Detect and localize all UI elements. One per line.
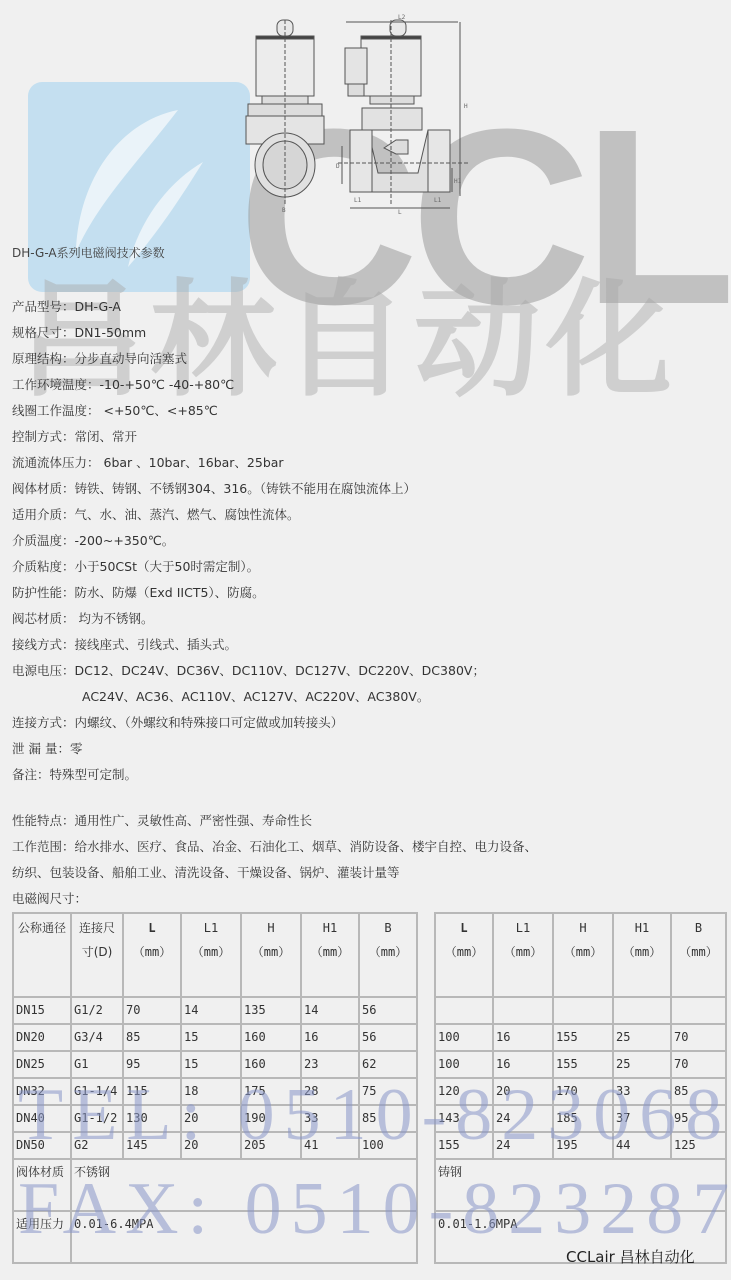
cell: 20 [181, 1132, 241, 1159]
spec-ambient-temp: 工作环境温度：-10-+50℃ -40-+80℃ [12, 372, 485, 398]
dimensions-table: 公称通径 连接尺寸(D) L（mm） L1（mm） H（mm） H1（mm） B… [12, 912, 727, 1264]
cell: 15 [181, 1051, 241, 1078]
svg-text:L1: L1 [434, 197, 442, 204]
cell: 25 [613, 1024, 671, 1051]
svg-text:H1: H1 [454, 178, 462, 185]
svg-text:L2: L2 [398, 14, 406, 21]
cell: 95 [671, 1105, 726, 1132]
spec-media: 适用介质：气、水、油、蒸汽、燃气、腐蚀性流体。 [12, 502, 485, 528]
header-L-cast: L（mm） [435, 913, 493, 997]
cell: 75 [359, 1078, 417, 1105]
cell [493, 997, 553, 1024]
spec-size: 规格尺寸：DN1-50mm [12, 320, 485, 346]
cell-dn: DN25 [13, 1051, 71, 1078]
spec-connection: 连接方式：内螺纹、（外螺纹和特殊接口可定做或加转接头） [12, 710, 485, 736]
svg-text:B: B [282, 207, 286, 214]
cell: 20 [181, 1105, 241, 1132]
cell: 135 [241, 997, 301, 1024]
cell: 95 [123, 1051, 181, 1078]
spec-body-material: 阀体材质：铸铁、铸钢、不锈钢304、316。（铸铁不能用在腐蚀流体上） [12, 476, 485, 502]
feature-applications: 工作范围：给水排水、医疗、食品、冶金、石油化工、烟草、消防设备、楼宇自控、电力设… [12, 834, 537, 860]
pressure-label: 适用压力 [13, 1211, 71, 1263]
spec-pressure: 流通流体压力： 6bar 、10bar、16bar、25bar [12, 450, 485, 476]
spec-protection: 防护性能：防水、防爆（Exd IICT5）、防腐。 [12, 580, 485, 606]
cell: 24 [493, 1132, 553, 1159]
cell: 120 [435, 1078, 493, 1105]
header-L1-cast: L1（mm） [493, 913, 553, 997]
cell: 62 [359, 1051, 417, 1078]
header-connection-size: 连接尺寸(D) [71, 913, 123, 997]
cell [553, 997, 613, 1024]
spec-model: 产品型号：DH-G-A [12, 294, 485, 320]
cell-dn: DN32 [13, 1078, 71, 1105]
cell: 16 [493, 1024, 553, 1051]
material-label: 阀体材质 [13, 1159, 71, 1211]
cell: 143 [435, 1105, 493, 1132]
brand-footer: CCLair 昌林自动化 [566, 1246, 695, 1267]
spec-core-material: 阀芯材质： 均为不锈钢。 [12, 606, 485, 632]
cell: 145 [123, 1132, 181, 1159]
table-gap [417, 913, 435, 997]
table-row: DN50G2 1452020541100 1552419544125 [13, 1132, 726, 1159]
cell: 56 [359, 997, 417, 1024]
features-list: 性能特点：通用性广、灵敏性高、严密性强、寿命性长 工作范围：给水排水、医疗、食品… [12, 808, 537, 912]
cell: 85 [123, 1024, 181, 1051]
table-row: DN25G1 95151602362 100161552570 [13, 1051, 726, 1078]
table-gap [417, 1051, 435, 1078]
cell: 160 [241, 1051, 301, 1078]
spec-leakage: 泄 漏 量：零 [12, 736, 485, 762]
svg-text:H: H [464, 103, 468, 110]
spec-media-temp: 介质温度：-200~+350℃。 [12, 528, 485, 554]
cell: 70 [671, 1051, 726, 1078]
dimensions-heading: 电磁阀尺寸： [12, 886, 537, 912]
table-gap [417, 1078, 435, 1105]
cell-conn: G1/2 [71, 997, 123, 1024]
cell: 125 [671, 1132, 726, 1159]
cell: 16 [301, 1024, 359, 1051]
header-H-cast: H（mm） [553, 913, 613, 997]
spec-viscosity: 介质粘度：小于50CSt（大于50时需定制）。 [12, 554, 485, 580]
cell: 25 [613, 1051, 671, 1078]
feature-characteristics: 性能特点：通用性广、灵敏性高、严密性强、寿命性长 [12, 808, 537, 834]
cell: 33 [613, 1078, 671, 1105]
cell [613, 997, 671, 1024]
cell: 130 [123, 1105, 181, 1132]
cell-conn: G1-1/2 [71, 1105, 123, 1132]
svg-text:D: D [336, 163, 340, 170]
cell: 190 [241, 1105, 301, 1132]
cell: 175 [241, 1078, 301, 1105]
cell-dn: DN20 [13, 1024, 71, 1051]
cell-conn: G3/4 [71, 1024, 123, 1051]
header-H1-cast: H1（mm） [613, 913, 671, 997]
cell: 23 [301, 1051, 359, 1078]
cell: 44 [613, 1132, 671, 1159]
cell: 155 [435, 1132, 493, 1159]
feature-applications-cont: 纺织、包装设备、船舶工业、清洗设备、干燥设备、锅炉、灌装计量等 [12, 860, 537, 886]
table-row: DN15G1/2 70141351456 [13, 997, 726, 1024]
cell: 70 [671, 1024, 726, 1051]
table-row: DN40G1-1/2 130201903385 143241853795 [13, 1105, 726, 1132]
spec-voltage-dc: 电源电压：DC12、DC24V、DC36V、DC110V、DC127V、DC22… [12, 658, 485, 684]
header-nominal-diameter: 公称通径 [13, 913, 71, 997]
page-title: DH-G-A系列电磁阀技术参数 [12, 244, 165, 261]
cell: 20 [493, 1078, 553, 1105]
cell: 18 [181, 1078, 241, 1105]
cell: 14 [301, 997, 359, 1024]
cell: 70 [123, 997, 181, 1024]
table-gap [417, 1024, 435, 1051]
table-gap [417, 1132, 435, 1159]
cell: 155 [553, 1024, 613, 1051]
cell: 100 [435, 1024, 493, 1051]
cell: 85 [671, 1078, 726, 1105]
spec-list: 产品型号：DH-G-A 规格尺寸：DN1-50mm 原理结构：分步直动导向活塞式… [12, 294, 485, 788]
svg-text:L1: L1 [354, 197, 362, 204]
table-gap [417, 1105, 435, 1132]
cell-dn: DN50 [13, 1132, 71, 1159]
cell-conn: G1 [71, 1051, 123, 1078]
spec-wiring: 接线方式：接线座式、引线式、插头式。 [12, 632, 485, 658]
cell-conn: G1-1/4 [71, 1078, 123, 1105]
table-gap [417, 1211, 435, 1263]
cell-dn: DN15 [13, 997, 71, 1024]
valve-technical-drawing: L2 H H1 D L1 L1 L B [238, 8, 500, 214]
cell-dn: DN40 [13, 1105, 71, 1132]
cell: 24 [493, 1105, 553, 1132]
cell: 185 [553, 1105, 613, 1132]
cell: 195 [553, 1132, 613, 1159]
header-L: L（mm） [123, 913, 181, 997]
cell: 33 [301, 1105, 359, 1132]
header-H: H（mm） [241, 913, 301, 997]
cell [671, 997, 726, 1024]
cell: 41 [301, 1132, 359, 1159]
cell: 115 [123, 1078, 181, 1105]
material-stainless: 不锈钢 [71, 1159, 417, 1211]
spec-control-mode: 控制方式：常闭、常开 [12, 424, 485, 450]
cell: 155 [553, 1051, 613, 1078]
table-row-material: 阀体材质 不锈钢 铸钢 [13, 1159, 726, 1211]
cell: 85 [359, 1105, 417, 1132]
table-header-row: 公称通径 连接尺寸(D) L（mm） L1（mm） H（mm） H1（mm） B… [13, 913, 726, 997]
spec-voltage-ac: AC24V、AC36、AC110V、AC127V、AC220V、AC380V。 [12, 684, 485, 710]
header-H1: H1（mm） [301, 913, 359, 997]
spec-remark: 备注：特殊型可定制。 [12, 762, 485, 788]
table-gap [417, 1159, 435, 1211]
cell-conn: G2 [71, 1132, 123, 1159]
cell: 14 [181, 997, 241, 1024]
cell: 100 [435, 1051, 493, 1078]
cell: 56 [359, 1024, 417, 1051]
cell: 160 [241, 1024, 301, 1051]
spec-coil-temp: 线圈工作温度： <+50℃、<+85℃ [12, 398, 485, 424]
table-gap [417, 997, 435, 1024]
header-L1: L1（mm） [181, 913, 241, 997]
cell [435, 997, 493, 1024]
cell: 37 [613, 1105, 671, 1132]
svg-text:L: L [398, 209, 402, 214]
header-B: B（mm） [359, 913, 417, 997]
cell: 205 [241, 1132, 301, 1159]
table-row: DN20G3/4 85151601656 100161552570 [13, 1024, 726, 1051]
cell: 28 [301, 1078, 359, 1105]
material-cast-steel: 铸钢 [435, 1159, 726, 1211]
cell: 100 [359, 1132, 417, 1159]
cell: 16 [493, 1051, 553, 1078]
cell: 15 [181, 1024, 241, 1051]
cell: 170 [553, 1078, 613, 1105]
table-row: DN32G1-1/4 115181752875 120201703385 [13, 1078, 726, 1105]
header-B-cast: B（mm） [671, 913, 726, 997]
pressure-stainless: 0.01-6.4MPA [71, 1211, 417, 1263]
spec-structure: 原理结构：分步直动导向活塞式 [12, 346, 485, 372]
